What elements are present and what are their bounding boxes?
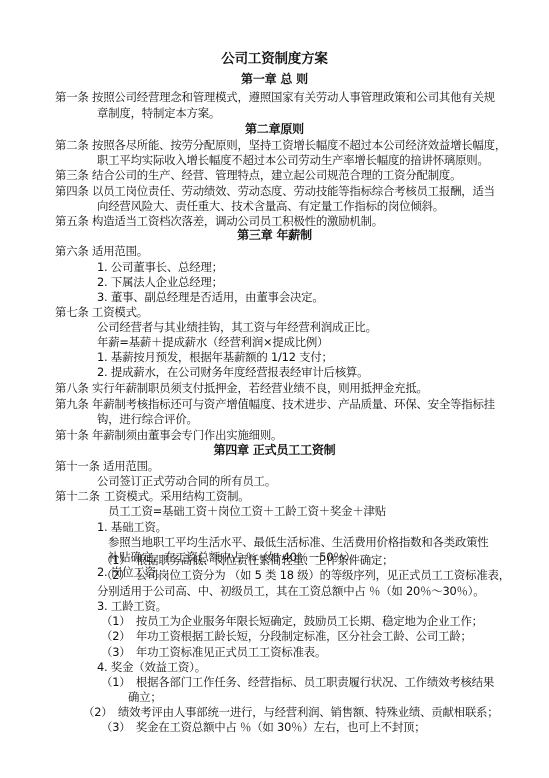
article-label: 第一条: [55, 90, 89, 104]
chapter-3-heading: 第三章 年薪制: [0, 228, 549, 242]
article-text: 构造适当工资档次落差，调动公司员工积极性的激励机制。: [92, 214, 383, 228]
list-item: 1. 基础工资。: [97, 520, 167, 534]
article-label: 第二条: [55, 138, 89, 152]
chapter-1-heading: 第一章 总 则: [0, 72, 549, 86]
article-text: 年薪制考核指标还可与资产增值幅度、技术进步、产品质量、环保、安全等指标挂: [92, 397, 495, 411]
article-text: 职工平均实际收入增长幅度不超过本公司劳动生产率增长幅度的揞讲怀璃原则。: [97, 153, 489, 167]
article-label: 第十二条: [55, 489, 100, 503]
list-item: 分别适用于公司高、中、初级员工，其在工资总额中占 ％（如 20％～30％）。: [97, 584, 484, 598]
list-item: 1. 公司董事长、总经理；: [97, 260, 223, 274]
list-item: （1） 按员工为企业服务年限长短确定，鼓励员工长期、稳定地为企业工作；: [101, 614, 483, 628]
list-item: 公司签订正式劳动合同的所有员工。: [97, 474, 276, 488]
article-label: 第七条: [55, 305, 89, 319]
article-text: 年薪制须由董事会专门作出实施细则。: [92, 428, 282, 442]
list-item: 3. 董事、副总经理是否适用，由董事会决定。: [97, 290, 324, 304]
article-label: 第五条: [55, 214, 89, 228]
article-label: 第九条: [55, 397, 89, 411]
list-item: （2） 公司岗位工资分为 （如 5 类 18 级）的等级序列，见正式员工工资标准…: [101, 568, 510, 582]
article-label: 第四条: [55, 184, 89, 198]
article-label: 第十条: [55, 428, 89, 442]
list-item: （2） 绩效考评由人事部统一进行，与经营利润、销售额、特殊业绩、贡献相联系；: [83, 705, 498, 719]
article-text: 按照公司经营理念和管理模式，遵照国家有关劳动人事管理政策和公司其他有关规: [92, 90, 495, 104]
list-item: （3） 奖金在工资总额中占 ％（如 30％）左右，也可上不封顶；: [101, 720, 425, 734]
list-item: 年薪=基薪＋提成薪水（经营利润×提成比例）: [97, 335, 328, 349]
article-text: 以员工岗位责任、劳动绩效、劳动态度、劳动技能等指标综合考核员工报酬，适当: [92, 184, 495, 198]
article-text: 适用范围。: [103, 459, 159, 473]
article-text: 结合公司的生产、经营、管理特点，建立起公司规范合理的工资分配制度。: [92, 168, 461, 182]
article-label: 第十一条: [55, 459, 100, 473]
list-item: 参照当地职工平均生活水平、最低生活标准、生活费用价格指数和各类政策性: [108, 535, 488, 549]
article-label: 第三条: [55, 168, 89, 182]
article-label: 第八条: [55, 381, 89, 395]
list-item: （1） 根据职务高低、岗位责任繁简轻重、工作条件确定；: [101, 553, 393, 567]
chapter-4-heading: 第四章 正式员工工资制: [0, 443, 549, 457]
article-text: 按照各尽所能、按劳分配原则，坚持工资增长幅度不超过本公司经济效益增长幅度，: [92, 138, 506, 152]
list-item: 公司经营者与其业绩挂钩，其工资与年经营利润成正比。: [97, 320, 377, 334]
article-text: 向经营风险大、责任重大、技术含量高、有定量工作指标的岗位倾斜。: [97, 199, 444, 213]
list-item: 员工工资=基础工资＋岗位工资＋工龄工资＋奖金＋津贴: [108, 504, 386, 518]
article-text: 工资模式。: [92, 305, 148, 319]
list-item: （3） 年功工资标准见正式员工工资标准表。: [101, 645, 326, 659]
list-item: 2. 提成薪水，在公司财务年度经营报表经审计后核算。: [97, 365, 368, 379]
article-label: 第六条: [55, 244, 89, 258]
list-item: 3. 工龄工资。: [97, 599, 167, 613]
list-item: （2） 年功工资根据工龄长短，分段制定标准，区分社会工龄、公司工龄；: [101, 629, 472, 643]
article-text: 钩，进行综合评价。: [97, 412, 198, 426]
list-item: 确立；: [128, 690, 162, 704]
list-item: （1） 根据各部门工作任务、经营指标、员工职责履行状况、工作绩效考核结果: [101, 675, 494, 689]
document-title: 公司工资制度方案: [0, 52, 549, 66]
list-item: 1. 基薪按月预发，根据年基薪额的 1/12 支付；: [97, 350, 333, 364]
article-text: 实行年薪制职员须支付抵押金，若经营业绩不良，则用抵押金充抵。: [92, 381, 428, 395]
list-item: 2. 下属法人企业总经理；: [97, 275, 223, 289]
article-text: 适用范围。: [92, 244, 148, 258]
list-item: 4. 奖金（效益工资）。: [97, 660, 206, 674]
article-text: 章制度，特制定本方案。: [97, 106, 220, 120]
chapter-2-heading: 第二章原则: [0, 122, 549, 136]
article-text: 工资模式。采用结构工资制。: [104, 489, 249, 503]
